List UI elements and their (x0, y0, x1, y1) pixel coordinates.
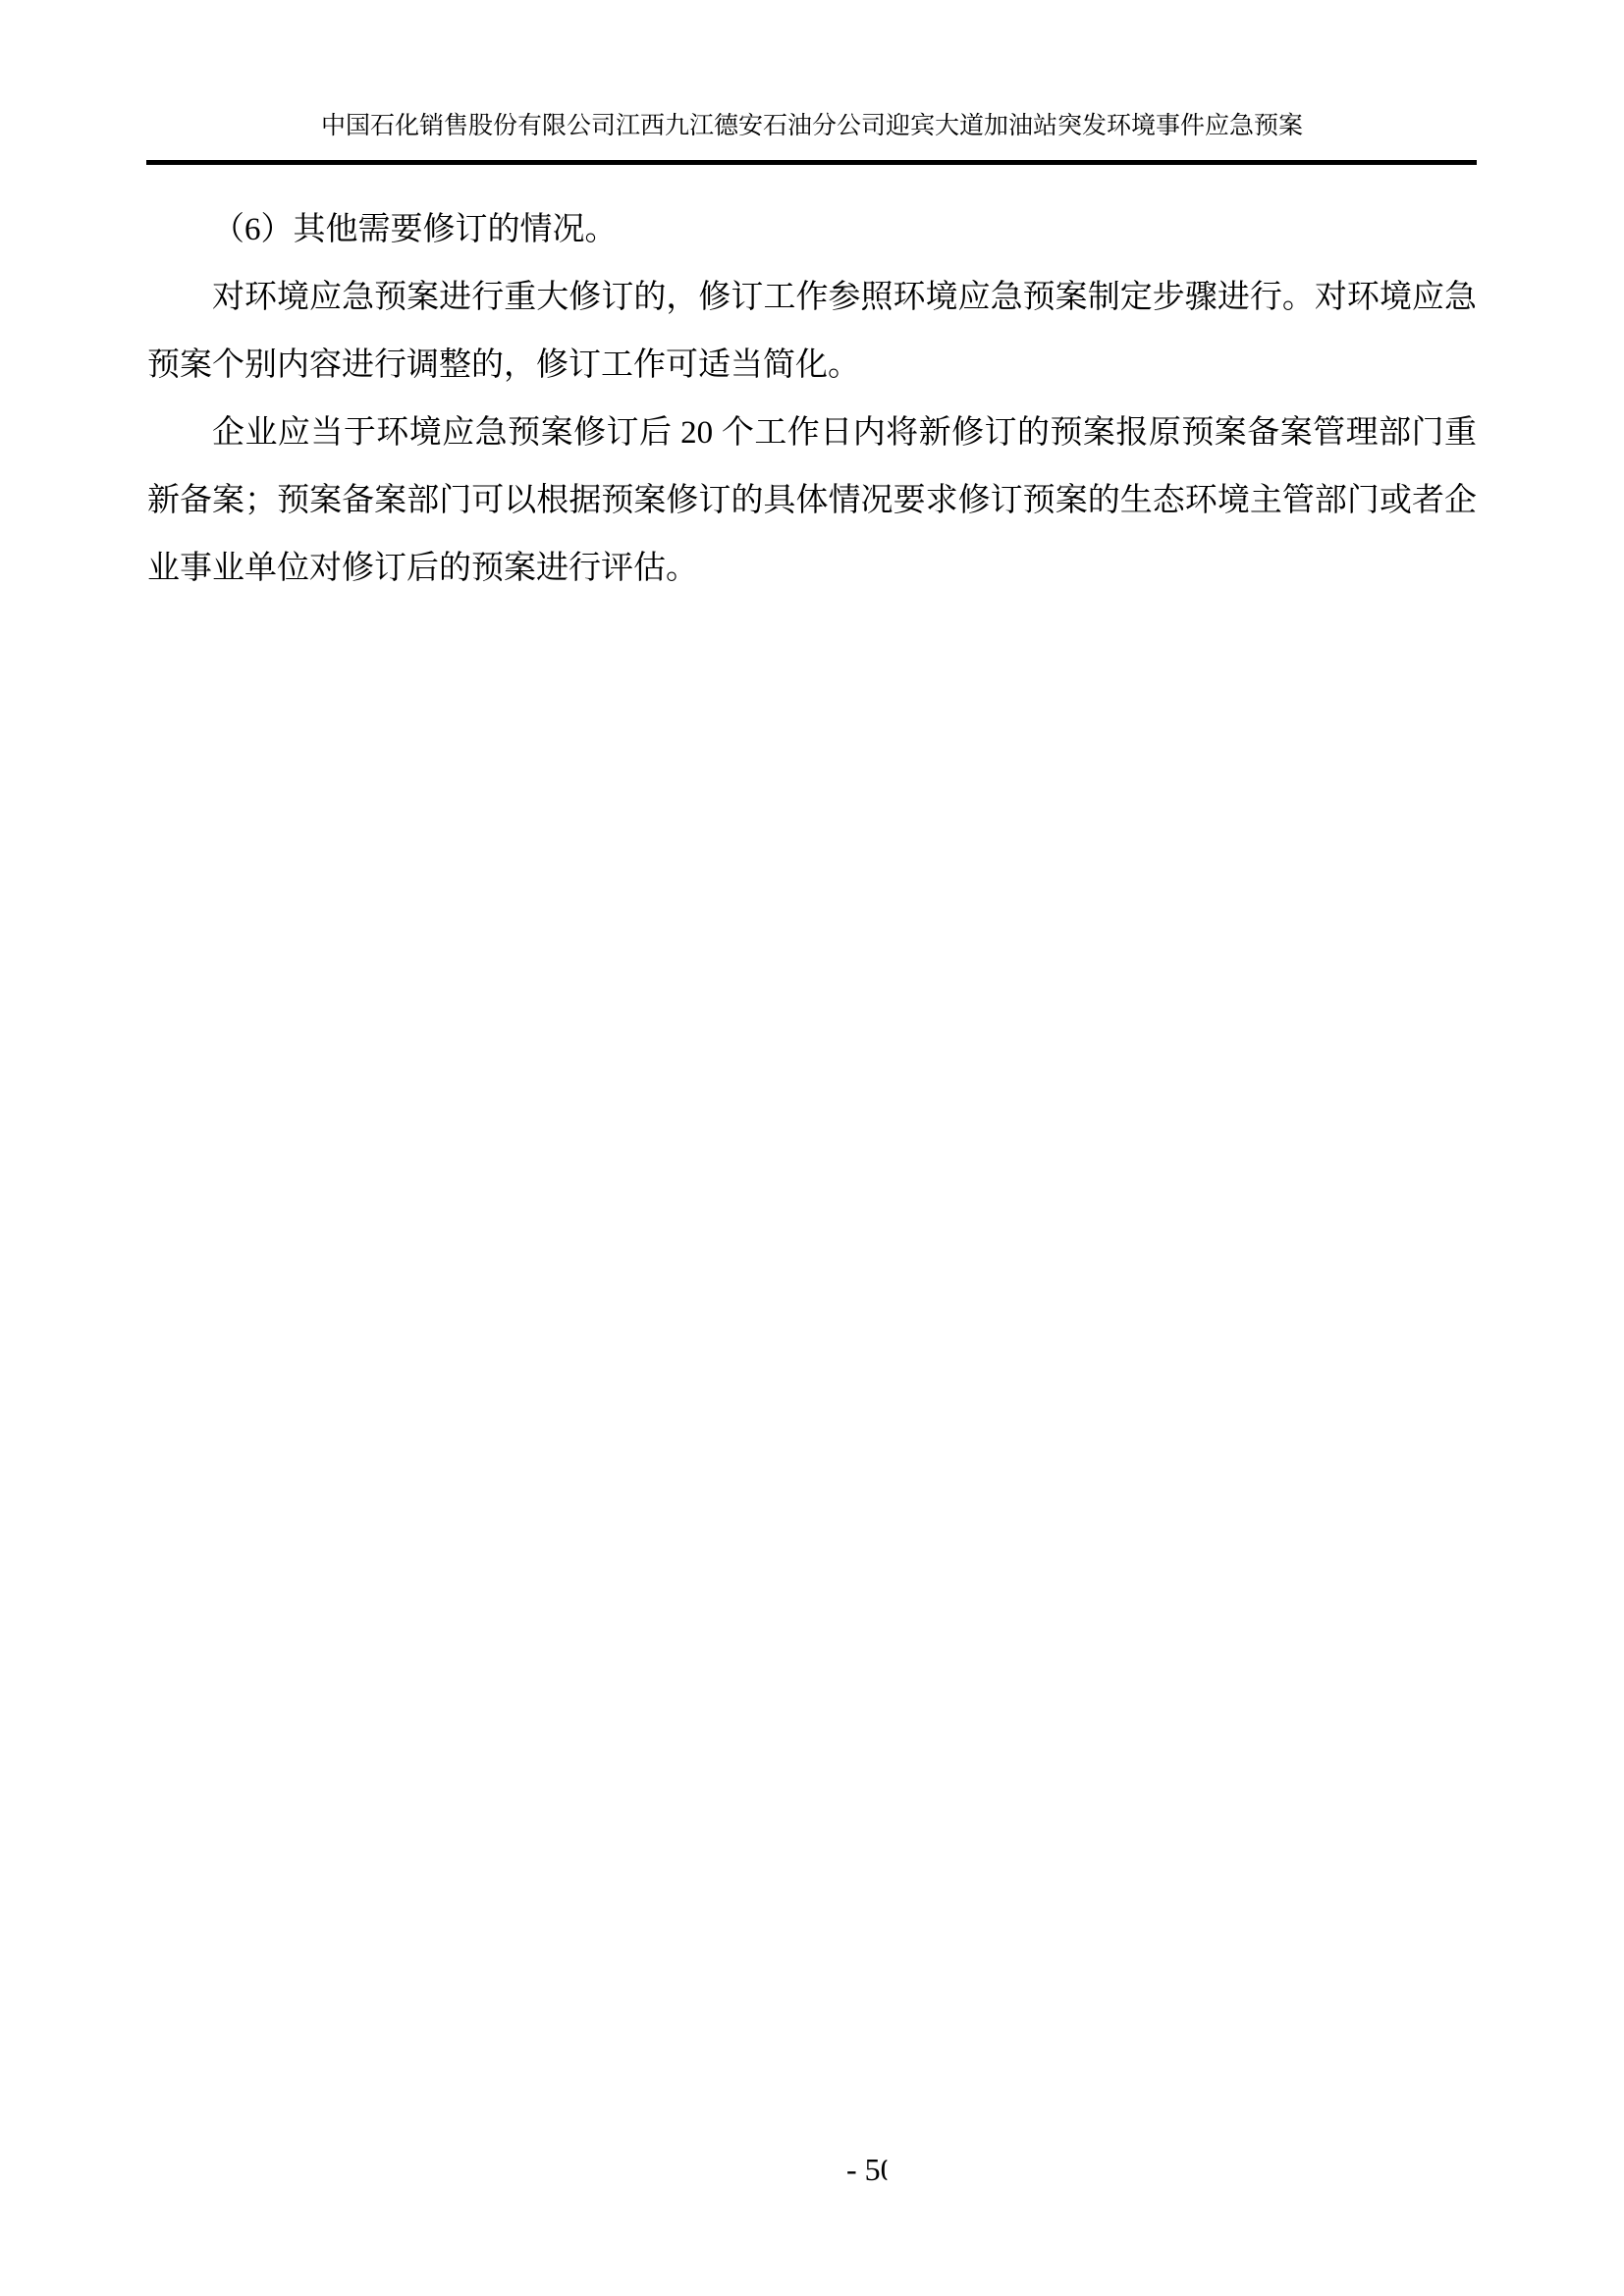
body-line: 业事业单位对修订后的预案进行评估。 (147, 535, 1477, 603)
body-line: （6）其他需要修订的情况。 (147, 196, 1477, 264)
document-page: 中国石化销售股份有限公司江西九江德安石油分公司迎宾大道加油站突发环境事件应急预案… (0, 0, 1624, 2296)
body-line: 对环境应急预案进行重大修订的，修订工作参照环境应急预案制定步骤进行。对环境应急 (147, 264, 1477, 332)
body-line: 企业应当于环境应急预案修订后 20 个工作日内将新修订的预案报原预案备案管理部门… (147, 400, 1477, 467)
body-line: 新备案；预案备案部门可以根据预案修订的具体情况要求修订预案的生态环境主管部门或者… (147, 467, 1477, 535)
page-number-partial-digit: 0 (881, 2152, 896, 2187)
page-number-text: - 5 (846, 2152, 881, 2187)
page-number: - 50 (815, 2110, 896, 2228)
body-text: （6）其他需要修订的情况。 对环境应急预案进行重大修订的，修订工作参照环境应急预… (147, 196, 1477, 603)
body-line: 预案个别内容进行调整的，修订工作可适当简化。 (147, 332, 1477, 400)
header-rule (146, 160, 1477, 165)
header-title: 中国石化销售股份有限公司江西九江德安石油分公司迎宾大道加油站突发环境事件应急预案 (147, 110, 1477, 143)
